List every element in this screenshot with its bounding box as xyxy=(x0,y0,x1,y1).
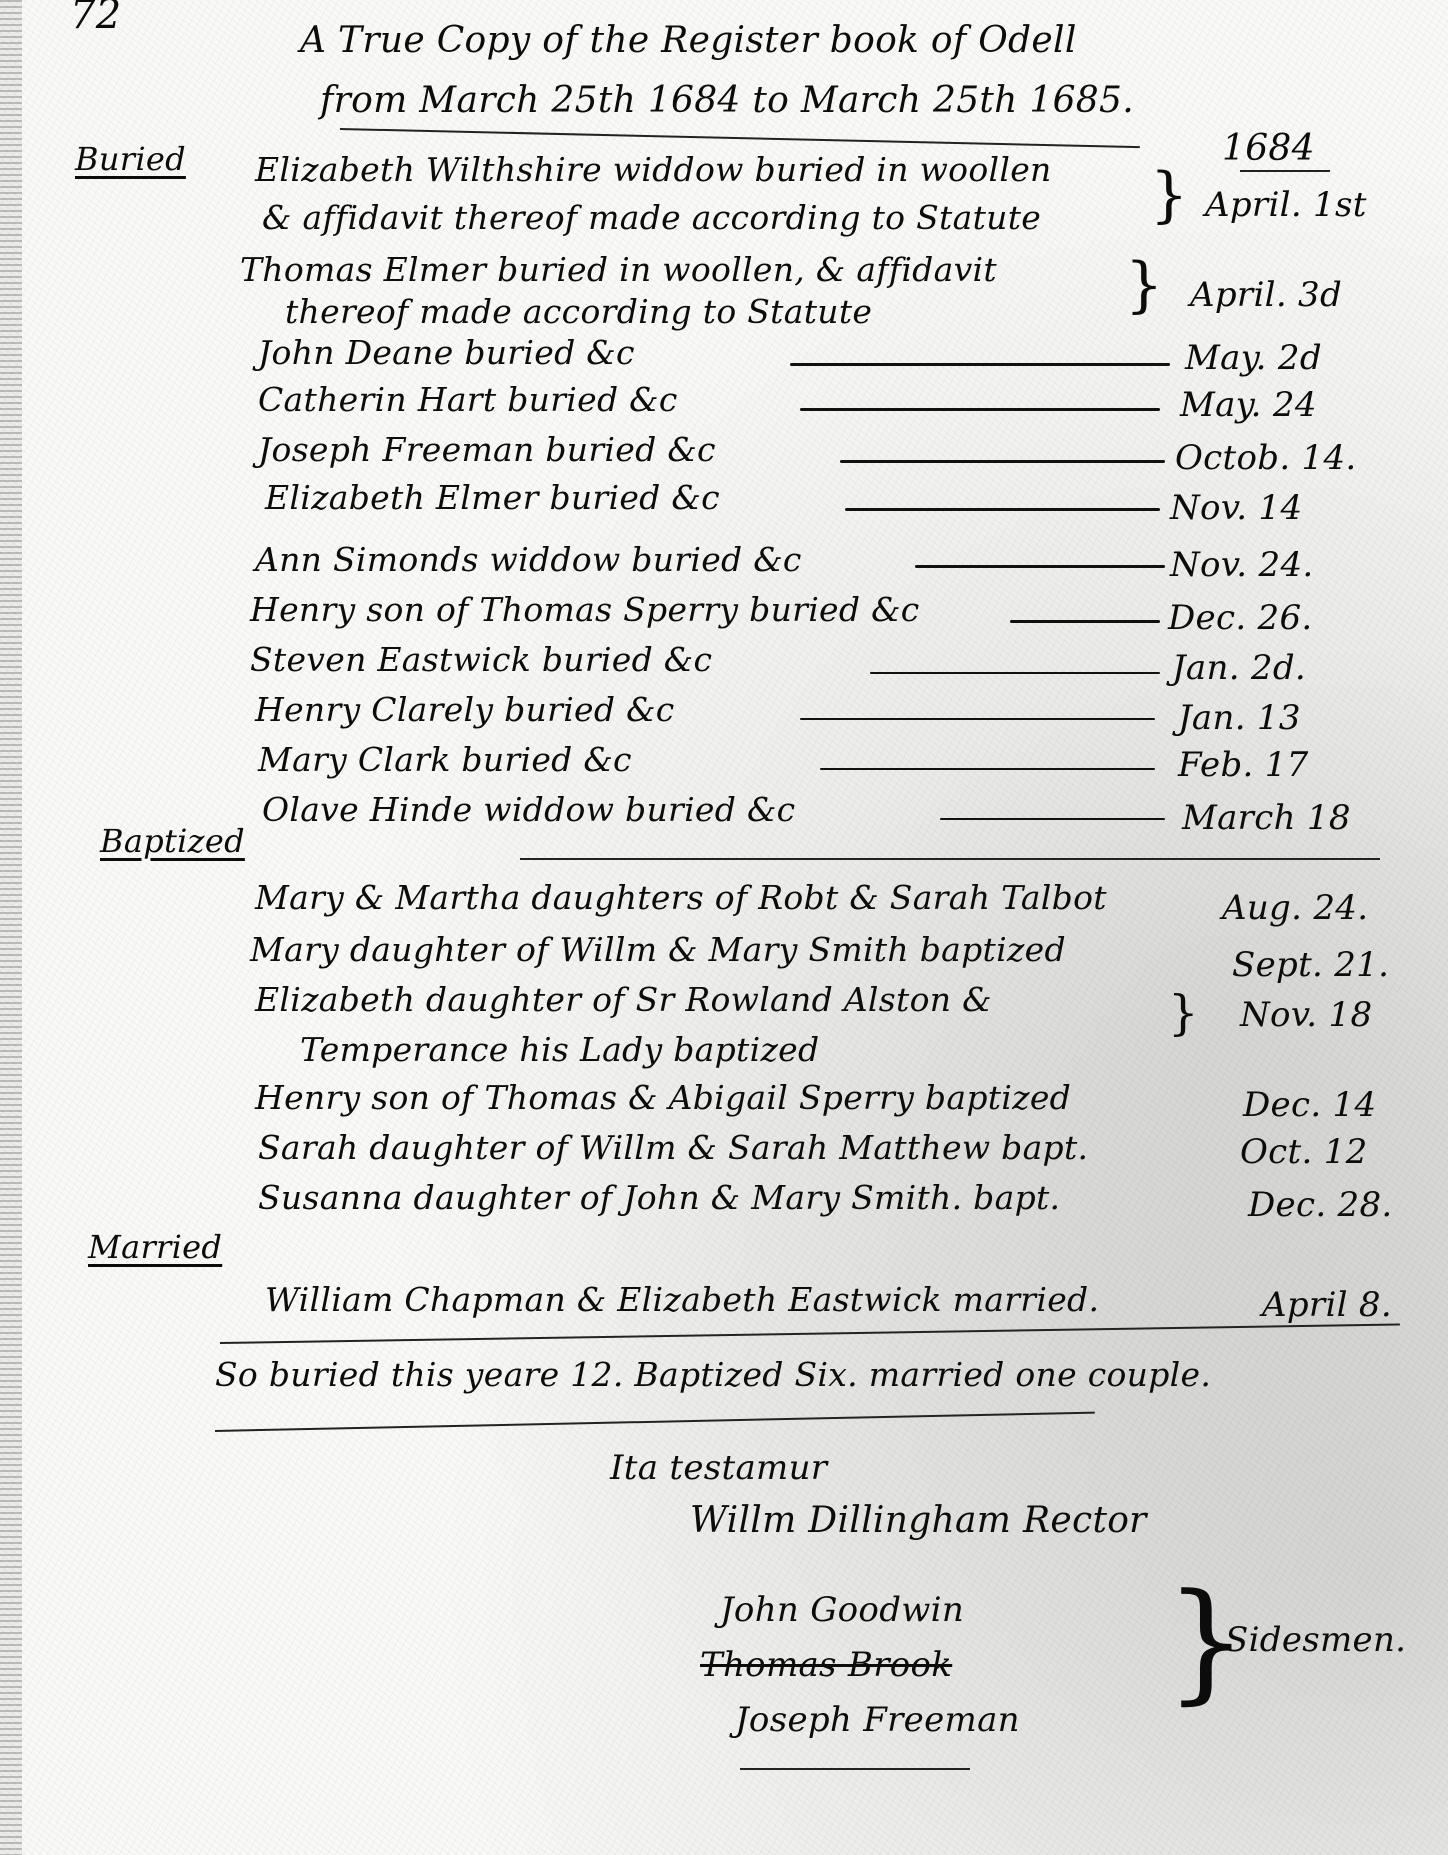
brace-icon: } xyxy=(1125,250,1163,320)
entry-line: William Chapman & Elizabeth Eastwick mar… xyxy=(265,1280,1099,1319)
entry-line: Elizabeth daughter of Sr Rowland Alston … xyxy=(255,980,992,1019)
entry-date: Nov. 14 xyxy=(1170,488,1302,528)
entry-line: Thomas Elmer buried in woollen, & affida… xyxy=(240,250,997,289)
entry-line: Susanna daughter of John & Mary Smith. b… xyxy=(258,1178,1060,1217)
page-edge-shadow xyxy=(0,0,22,1855)
year-heading: 1684 xyxy=(1222,128,1315,169)
entry-date: March 18 xyxy=(1182,798,1351,838)
leader-line xyxy=(840,460,1165,463)
entry-line: Henry son of Thomas Sperry buried &c xyxy=(250,590,920,629)
entry-date: Jan. 13 xyxy=(1178,698,1301,738)
entry-date: May. 24 xyxy=(1180,385,1317,425)
entry-line: Mary & Martha daughters of Robt & Sarah … xyxy=(255,878,1107,917)
leader-line xyxy=(1010,620,1160,623)
section-label-baptized: Baptized xyxy=(100,822,245,860)
entry-date: Oct. 12 xyxy=(1240,1132,1368,1172)
entry-line: Temperance his Lady baptized xyxy=(300,1030,819,1069)
entry-line: Joseph Freeman buried &c xyxy=(258,430,716,469)
section-divider xyxy=(520,858,1380,860)
summary-line: So buried this yeare 12. Baptized Six. m… xyxy=(215,1355,1211,1394)
entry-line: Sarah daughter of Willm & Sarah Matthew … xyxy=(258,1128,1088,1167)
leader-line xyxy=(800,718,1155,720)
page-title-line1: A True Copy of the Register book of Odel… xyxy=(300,20,1077,61)
leader-line xyxy=(800,408,1160,411)
sidesman-signature: Thomas Brook xyxy=(700,1645,952,1685)
entry-line: Henry Clarely buried &c xyxy=(255,690,675,729)
leader-line xyxy=(870,672,1160,674)
entry-line: Elizabeth Elmer buried &c xyxy=(265,478,720,517)
sidesmen-label: Sidesmen. xyxy=(1225,1620,1406,1660)
entry-line: Mary daughter of Willm & Mary Smith bapt… xyxy=(250,930,1066,969)
entry-date: Dec. 14 xyxy=(1243,1085,1376,1125)
entry-date: Dec. 28. xyxy=(1248,1185,1393,1225)
entry-date: Nov. 24. xyxy=(1170,545,1313,585)
entry-line: John Deane buried &c xyxy=(258,333,635,372)
section-label-married: Married xyxy=(88,1228,222,1266)
leader-line xyxy=(845,508,1160,511)
leader-line xyxy=(915,565,1165,568)
brace-icon: } xyxy=(1150,160,1188,230)
entry-line: Steven Eastwick buried &c xyxy=(250,640,712,679)
entry-date: April 8. xyxy=(1262,1285,1392,1325)
attestation: Ita testamur xyxy=(610,1448,827,1488)
sidesman-signature: John Goodwin xyxy=(720,1590,964,1630)
leader-line xyxy=(820,768,1155,770)
section-label-buried: Buried xyxy=(75,140,186,178)
signature-underline xyxy=(740,1768,970,1770)
entry-date: Octob. 14. xyxy=(1175,438,1357,478)
brace-icon: } xyxy=(1168,985,1199,1041)
entry-line: & affidavit thereof made according to St… xyxy=(262,198,1041,237)
sidesman-signature: Joseph Freeman xyxy=(735,1700,1020,1740)
entry-date: Feb. 17 xyxy=(1178,745,1309,785)
entry-line: Olave Hinde widdow buried &c xyxy=(262,790,795,829)
year-underline xyxy=(1240,170,1330,172)
leader-line xyxy=(790,363,1170,366)
entry-date: April. 1st xyxy=(1205,185,1367,225)
entry-date: Aug. 24. xyxy=(1222,888,1368,928)
entry-line: Ann Simonds widdow buried &c xyxy=(255,540,802,579)
entry-date: Sept. 21. xyxy=(1232,945,1389,985)
entry-line: thereof made according to Statute xyxy=(285,292,872,331)
entry-date: Nov. 18 xyxy=(1240,995,1372,1035)
entry-date: May. 2d xyxy=(1185,338,1322,378)
entry-date: Dec. 26. xyxy=(1168,598,1313,638)
entry-line: Mary Clark buried &c xyxy=(258,740,632,779)
entry-date: Jan. 2d. xyxy=(1172,648,1306,688)
page-title-line2: from March 25th 1684 to March 25th 1685. xyxy=(320,80,1134,121)
entry-line: Elizabeth Wilthshire widdow buried in wo… xyxy=(255,150,1052,189)
rector-signature: Willm Dillingham Rector xyxy=(690,1500,1147,1541)
entry-date: April. 3d xyxy=(1190,275,1342,315)
entry-line: Catherin Hart buried &c xyxy=(258,380,678,419)
page-number: 72 xyxy=(70,0,122,38)
entry-line: Henry son of Thomas & Abigail Sperry bap… xyxy=(255,1078,1071,1117)
leader-line xyxy=(940,818,1165,820)
